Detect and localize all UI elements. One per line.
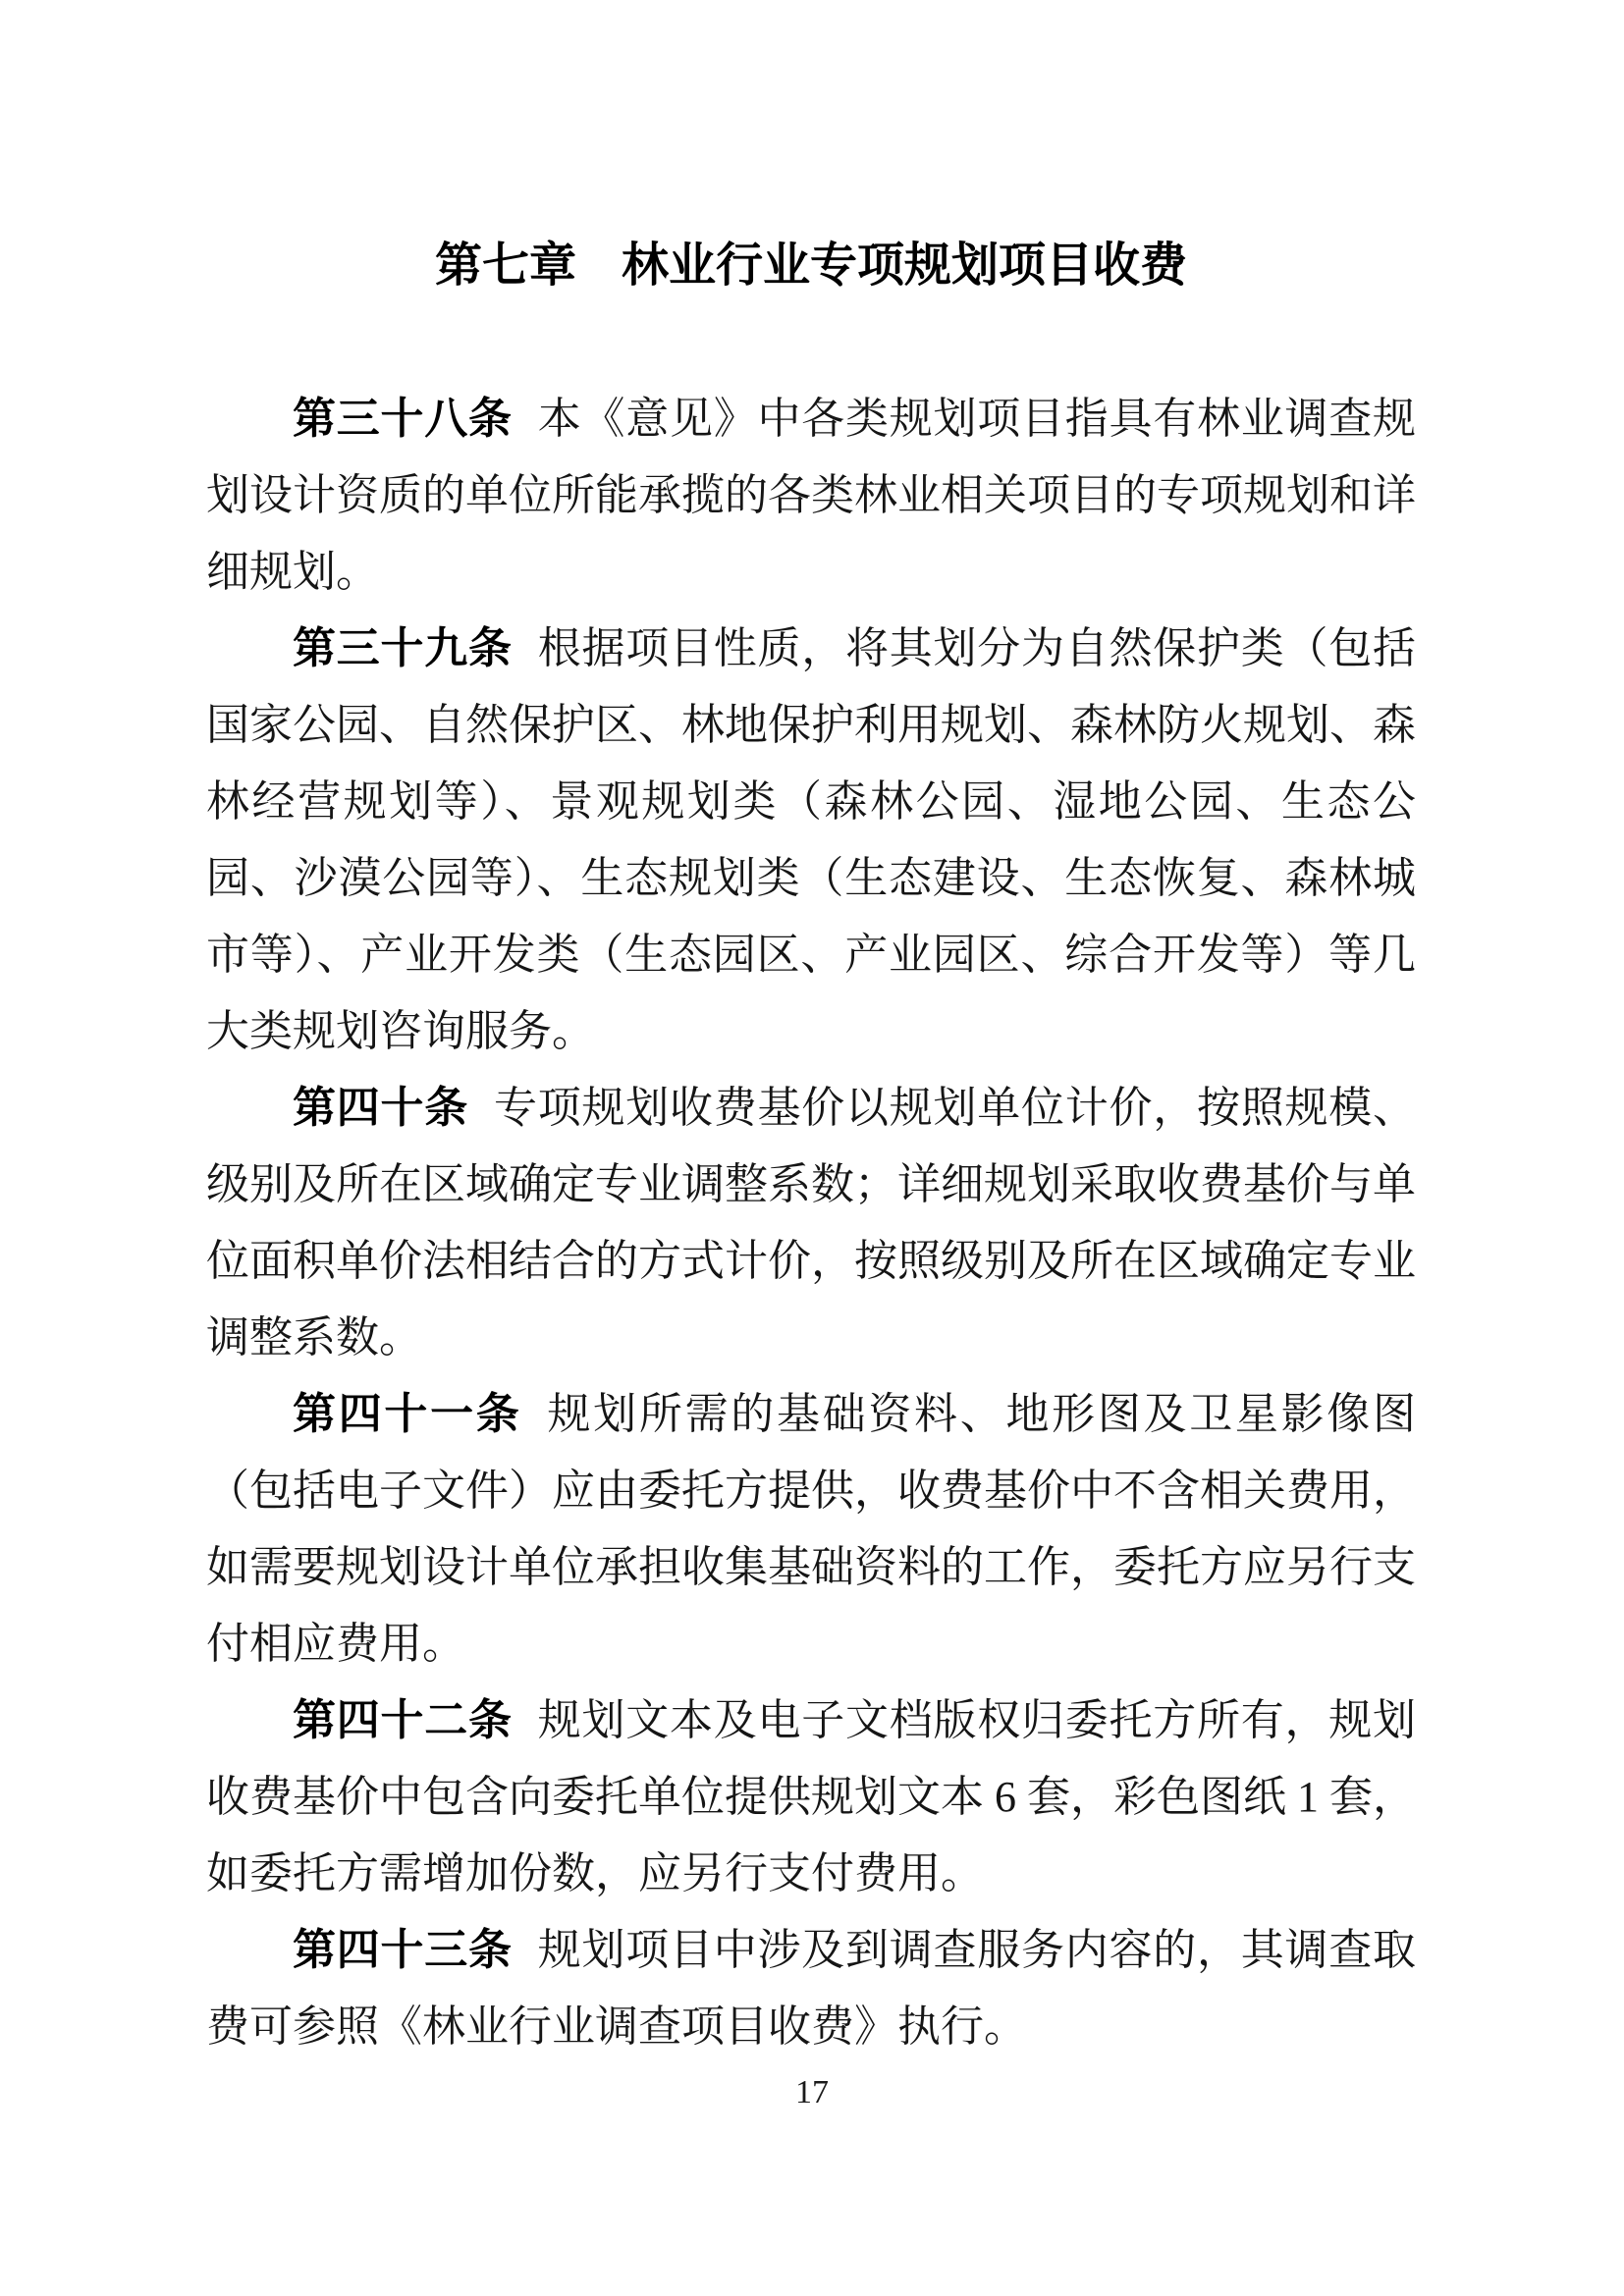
chapter-name: 林业行业专项规划项目收费 — [622, 240, 1187, 292]
article-number: 第三十八条 — [293, 395, 513, 443]
article-number: 第四十条 — [293, 1084, 468, 1132]
article-paragraph: 第四十一条规划所需的基础资料、地形图及卫星影像图（包括电子文件）应由委托方提供，… — [206, 1376, 1416, 1682]
article-paragraph: 第三十八条本《意见》中各类规划项目指具有林业调查规划设计资质的单位所能承揽的各类… — [206, 381, 1416, 611]
chapter-number: 第七章 — [435, 228, 576, 304]
chapter-title: 第七章林业行业专项规划项目收费 — [206, 228, 1416, 304]
article-number: 第四十一条 — [293, 1390, 521, 1438]
article-paragraph: 第三十九条根据项目性质，将其划分为自然保护类（包括国家公园、自然保护区、林地保护… — [206, 611, 1416, 1070]
page-footer: 17 — [0, 2073, 1624, 2112]
article-number: 第四十二条 — [293, 1696, 513, 1744]
document-body: 第七章林业行业专项规划项目收费 第三十八条本《意见》中各类规划项目指具有林业调查… — [206, 228, 1416, 2065]
article-paragraph: 第四十条专项规划收费基价以规划单位计价，按照规模、级别及所在区域确定专业调整系数… — [206, 1070, 1416, 1376]
article-number: 第四十三条 — [293, 1926, 513, 1974]
article-paragraph: 第四十二条规划文本及电子文档版权归委托方所有，规划收费基价中包含向委托单位提供规… — [206, 1682, 1416, 1912]
article-number: 第三十九条 — [293, 624, 513, 672]
page-number: 17 — [795, 2074, 829, 2110]
document-page: 第七章林业行业专项规划项目收费 第三十八条本《意见》中各类规划项目指具有林业调查… — [0, 0, 1624, 2296]
article-text: 根据项目性质，将其划分为自然保护类（包括国家公园、自然保护区、林地保护利用规划、… — [206, 624, 1416, 1055]
article-paragraph: 第四十三条规划项目中涉及到调查服务内容的，其调查取费可参照《林业行业调查项目收费… — [206, 1912, 1416, 2065]
